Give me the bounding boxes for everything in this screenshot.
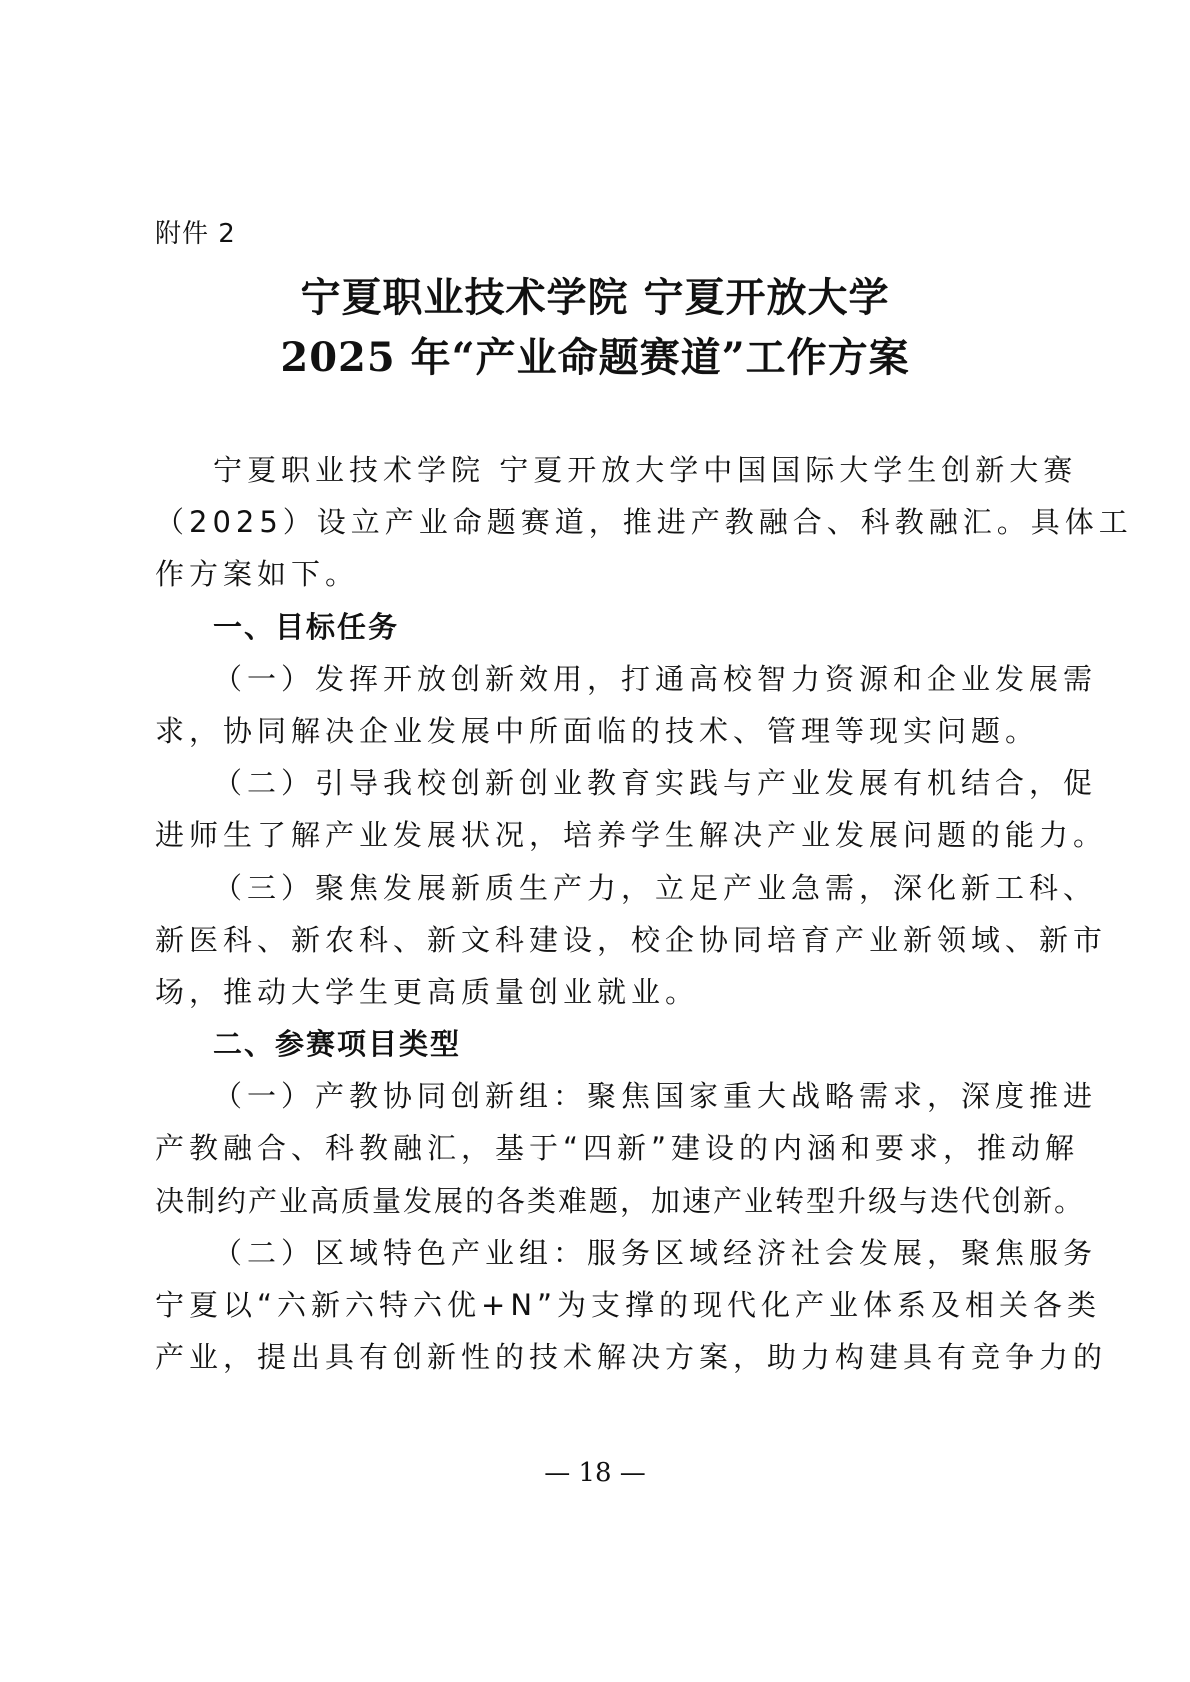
- section-heading-project-types: 二、参赛项目类型: [155, 1018, 1045, 1070]
- text-line: （一）发挥开放创新效用，打通高校智力资源和企业发展需: [155, 653, 1045, 705]
- goal-item-3: （三）聚焦发展新质生产力，立足产业急需，深化新工科、 新医科、新农科、新文科建设…: [155, 862, 1045, 1019]
- text-line: 场，推动大学生更高质量创业就业。: [155, 966, 1045, 1018]
- section-heading-text: 二、参赛项目类型: [155, 1018, 1045, 1070]
- text-line: 宁夏以“六新六特六优+N”为支撑的现代化产业体系及相关各类: [155, 1279, 1045, 1331]
- text-line: （二）引导我校创新创业教育实践与产业发展有机结合，促: [155, 757, 1045, 809]
- document-body: 宁夏职业技术学院 宁夏开放大学中国国际大学生创新大赛 （2025）设立产业命题赛…: [155, 444, 1045, 1383]
- text-line: 新医科、新农科、新文科建设，校企协同培育产业新领域、新市: [155, 914, 1045, 966]
- text-line: （一）产教协同创新组：聚焦国家重大战略需求，深度推进: [155, 1070, 1045, 1122]
- document-page: 附件 2 宁夏职业技术学院 宁夏开放大学 2025 年“产业命题赛道”工作方案 …: [0, 0, 1190, 1682]
- attachment-label: 附件 2: [155, 216, 236, 252]
- section-heading-goals: 一、目标任务: [155, 601, 1045, 653]
- text-line: 求，协同解决企业发展中所面临的技术、管理等现实问题。: [155, 705, 1045, 757]
- text-line: 产业，提出具有创新性的技术解决方案，助力构建具有竞争力的: [155, 1331, 1045, 1383]
- page-number: — 18 —: [0, 1455, 1190, 1491]
- text-line: （三）聚焦发展新质生产力，立足产业急需，深化新工科、: [155, 862, 1045, 914]
- text-line: 进师生了解产业发展状况，培养学生解决产业发展问题的能力。: [155, 809, 1045, 861]
- text-line: 作方案如下。: [155, 548, 1045, 600]
- section-heading-text: 一、目标任务: [155, 601, 1045, 653]
- project-type-item-2: （二）区域特色产业组：服务区域经济社会发展，聚焦服务 宁夏以“六新六特六优+N”…: [155, 1227, 1045, 1384]
- document-title-line-1: 宁夏职业技术学院 宁夏开放大学: [0, 270, 1190, 326]
- text-line: （2025）设立产业命题赛道，推进产教融合、科教融汇。具体工: [155, 496, 1045, 548]
- project-type-item-1: （一）产教协同创新组：聚焦国家重大战略需求，深度推进 产教融合、科教融汇，基于“…: [155, 1070, 1045, 1227]
- text-line: 决制约产业高质量发展的各类难题，加速产业转型升级与迭代创新。: [155, 1175, 1045, 1227]
- text-line: 宁夏职业技术学院 宁夏开放大学中国国际大学生创新大赛: [155, 444, 1045, 496]
- goal-item-2: （二）引导我校创新创业教育实践与产业发展有机结合，促 进师生了解产业发展状况，培…: [155, 757, 1045, 861]
- document-title-line-2: 2025 年“产业命题赛道”工作方案: [0, 330, 1190, 386]
- intro-paragraph: 宁夏职业技术学院 宁夏开放大学中国国际大学生创新大赛 （2025）设立产业命题赛…: [155, 444, 1045, 601]
- text-line: （二）区域特色产业组：服务区域经济社会发展，聚焦服务: [155, 1227, 1045, 1279]
- goal-item-1: （一）发挥开放创新效用，打通高校智力资源和企业发展需 求，协同解决企业发展中所面…: [155, 653, 1045, 757]
- text-line: 产教融合、科教融汇，基于“四新”建设的内涵和要求，推动解: [155, 1122, 1045, 1174]
